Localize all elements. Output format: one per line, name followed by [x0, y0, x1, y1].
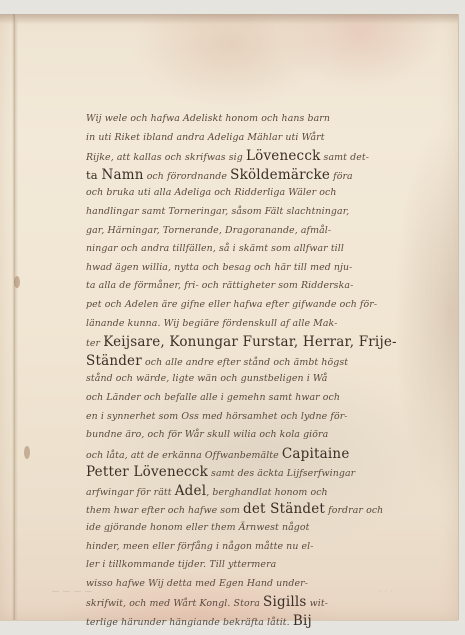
- manuscript-line: skrifwit, och med Wårt Kongl. Stora Sigi…: [86, 593, 398, 612]
- manuscript-line: hwad ägen willia, nytta och besag och hä…: [86, 259, 398, 278]
- manuscript-line: ler i tillkommande tijder. Till yttermer…: [86, 556, 398, 575]
- emphasized-name: Ständer: [86, 353, 142, 369]
- pencil-annotation: — — — —: [52, 588, 93, 595]
- line-text: och alle andre efter stånd och ämbt högs…: [142, 357, 348, 368]
- manuscript-line: en i synnerhet som Oss med hörsamhet och…: [86, 408, 398, 427]
- line-text: och bruka uti alla Adeliga och Ridderlig…: [86, 187, 337, 198]
- line-text: pet och Adelen äre gifne eller hafwa eft…: [86, 299, 377, 310]
- line-text: arfwingar för rätt: [86, 487, 175, 498]
- manuscript-line: gar, Härningar, Tornerande, Dragoranande…: [86, 222, 398, 241]
- line-text: bundne äro, och för Wår skull wilia och …: [86, 429, 328, 440]
- line-text: gar, Härningar, Tornerande, Dragoranande…: [86, 225, 331, 236]
- line-text: Wij wele och hafwa Adeliskt honom och ha…: [86, 113, 330, 124]
- emphasized-name: det Ständet: [243, 501, 325, 517]
- manuscript-line: hinder, meen eller förfång i någon måtte…: [86, 538, 398, 557]
- manuscript-line: handlingar samt Torneringar, såsom Fält …: [86, 203, 398, 222]
- manuscript-line: länande kunna. Wij begiäre fördenskull a…: [86, 315, 398, 334]
- pencil-annotation: · · ·: [378, 588, 394, 595]
- handwritten-text-block: Wij wele och hafwa Adeliskt honom och ha…: [86, 110, 398, 631]
- binding-gutter: [12, 14, 18, 620]
- manuscript-line: stånd och wärde, ligte wän och gunstbeli…: [86, 370, 398, 389]
- line-text: och förordnande: [144, 171, 231, 182]
- document-viewer: Wij wele och hafwa Adeliskt honom och ha…: [0, 0, 465, 635]
- manuscript-line: ta Namn och förordnande Sköldemärcke för…: [86, 166, 398, 185]
- emphasized-name: Sigills: [263, 594, 307, 610]
- paper-stain: [14, 276, 20, 288]
- line-text: stånd och wärde, ligte wän och gunstbeli…: [86, 373, 328, 384]
- manuscript-line: ta alla de förmåner, fri- och rättighete…: [86, 277, 398, 296]
- manuscript-line: ningar och andra tillfällen, så i skämt …: [86, 240, 398, 259]
- line-text: Rijke, att kallas och skrifwas sig: [86, 152, 246, 163]
- line-text: samt det-: [320, 152, 369, 163]
- manuscript-page: Wij wele och hafwa Adeliskt honom och ha…: [0, 14, 458, 620]
- manuscript-line: arfwingar för rätt Adel, berghandlat hon…: [86, 482, 398, 501]
- line-text: terlige härunder hängiande bekräfta låti…: [86, 617, 293, 628]
- emphasized-name: Keijsare, Konungar Furstar, Herrar, Frij…: [103, 334, 397, 350]
- line-text: föra: [330, 171, 353, 182]
- line-text: samt des äckta Lijfserfwingar: [208, 468, 355, 479]
- manuscript-line: terlige härunder hängiande bekräfta låti…: [86, 612, 398, 631]
- manuscript-line: Ständer och alle andre efter stånd och ä…: [86, 352, 398, 371]
- line-text: och låta, att de erkänna Offwanbemälte: [86, 450, 282, 461]
- line-text: wit-: [307, 598, 328, 609]
- line-text: och Länder och befalle alle i gemehn sam…: [86, 392, 340, 403]
- line-text: ler i tillkommande tijder. Till yttermer…: [86, 559, 276, 570]
- emphasized-fragment: ta: [86, 168, 101, 182]
- manuscript-line: och låta, att de erkänna Offwanbemälte C…: [86, 445, 398, 464]
- line-text: in uti Riket ibland andra Adeliga Mählar…: [86, 132, 325, 143]
- manuscript-line: ide gjörande honom eller them Ärnwest nå…: [86, 519, 398, 538]
- manuscript-line: wisso hafwe Wij detta med Egen Hand unde…: [86, 575, 398, 594]
- manuscript-line: pet och Adelen äre gifne eller hafwa eft…: [86, 296, 398, 315]
- emphasized-name: Namn: [101, 167, 143, 183]
- manuscript-line: bundne äro, och för Wår skull wilia och …: [86, 426, 398, 445]
- line-text: wisso hafwe Wij detta med Egen Hand unde…: [86, 578, 308, 589]
- emphasized-name: Bij: [293, 613, 312, 629]
- manuscript-line: Rijke, att kallas och skrifwas sig Löven…: [86, 147, 398, 166]
- line-text: ter: [86, 338, 103, 349]
- manuscript-line: them hwar efter och hafwe som det Stände…: [86, 500, 398, 519]
- line-text: en i synnerhet som Oss med hörsamhet och…: [86, 411, 348, 422]
- manuscript-line: och bruka uti alla Adeliga och Ridderlig…: [86, 184, 398, 203]
- line-text: ide gjörande honom eller them Ärnwest nå…: [86, 522, 310, 533]
- emphasized-name: Capitaine: [282, 446, 350, 462]
- manuscript-line: Petter Lövenecck samt des äckta Lijfserf…: [86, 463, 398, 482]
- emphasized-name: Adel: [175, 483, 207, 499]
- line-text: , berghandlat honom och: [206, 487, 327, 498]
- manuscript-line: och Länder och befalle alle i gemehn sam…: [86, 389, 398, 408]
- line-text: fordrar och: [325, 505, 383, 516]
- manuscript-line: ter Keijsare, Konungar Furstar, Herrar, …: [86, 333, 398, 352]
- line-text: hinder, meen eller förfång i någon måtte…: [86, 541, 314, 552]
- line-text: handlingar samt Torneringar, såsom Fält …: [86, 206, 349, 217]
- line-text: länande kunna. Wij begiäre fördenskull a…: [86, 318, 337, 329]
- line-text: ta alla de förmåner, fri- och rättighete…: [86, 280, 353, 291]
- emphasized-name: Lövenecck: [246, 148, 321, 164]
- emphasized-name: Sköldemärcke: [230, 167, 330, 183]
- emphasized-name: Petter Lövenecck: [86, 464, 208, 480]
- line-text: ningar och andra tillfällen, så i skämt …: [86, 243, 344, 254]
- paper-stain: [24, 446, 30, 459]
- line-text: them hwar efter och hafwe som: [86, 505, 243, 516]
- manuscript-line: in uti Riket ibland andra Adeliga Mählar…: [86, 129, 398, 148]
- line-text: skrifwit, och med Wårt Kongl. Stora: [86, 598, 263, 609]
- line-text: hwad ägen willia, nytta och besag och hä…: [86, 262, 352, 273]
- manuscript-line: Wij wele och hafwa Adeliskt honom och ha…: [86, 110, 398, 129]
